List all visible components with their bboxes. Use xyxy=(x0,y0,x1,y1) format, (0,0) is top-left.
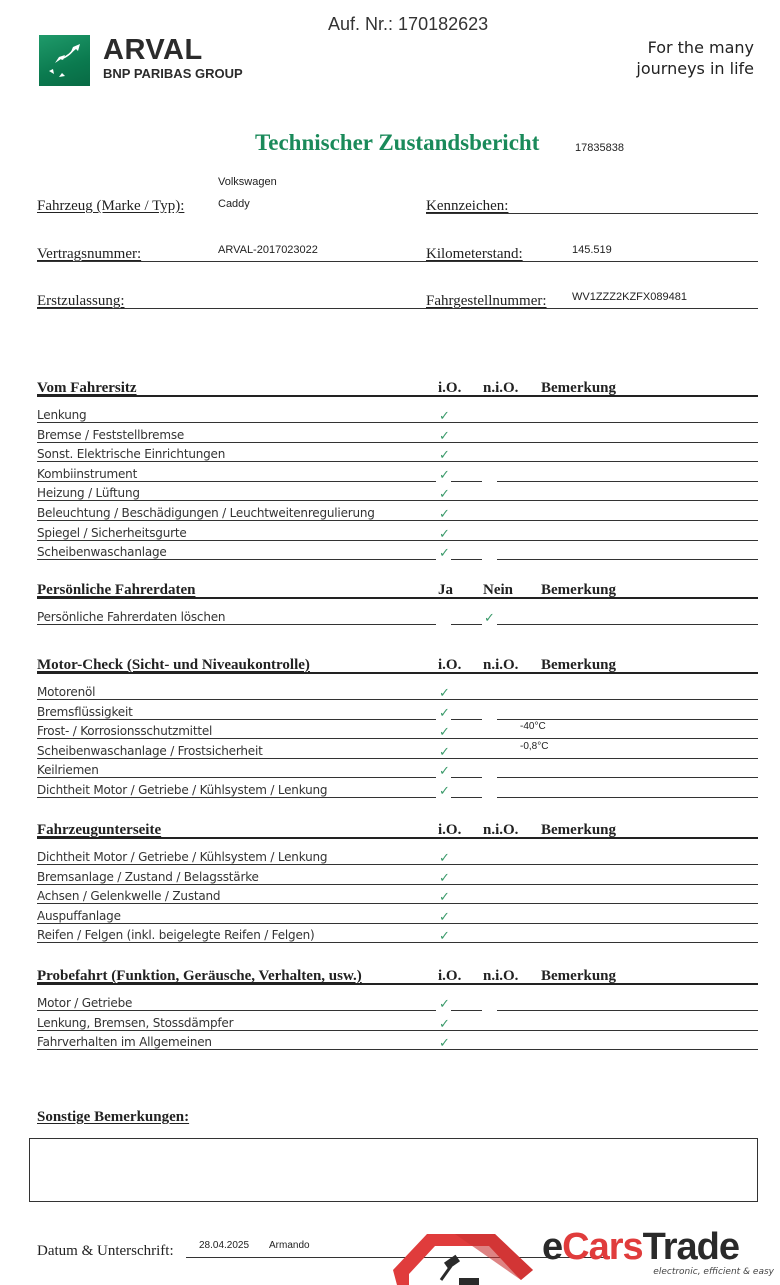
item-rule-remark xyxy=(497,559,758,560)
item-rule xyxy=(37,777,436,778)
checklist-item-label: Auspuffanlage xyxy=(37,910,121,922)
check-icon-first[interactable]: ✓ xyxy=(439,546,450,559)
item-rule-mid xyxy=(451,777,482,778)
item-rule-mid xyxy=(451,481,482,482)
ecarstrade-tagline: electronic, efficient & easy xyxy=(653,1268,774,1277)
mileage-label: Kilometerstand: xyxy=(426,247,523,262)
column-header-remark: Bemerkung xyxy=(541,583,616,598)
item-rule xyxy=(37,864,758,865)
column-header-not-ok: n.i.O. xyxy=(483,658,518,673)
column-header-remark: Bemerkung xyxy=(541,969,616,984)
first-registration-rule xyxy=(37,308,758,309)
brand-name: ARVAL xyxy=(103,36,203,65)
vin-value: WV1ZZZ2KZFX089481 xyxy=(572,292,687,303)
item-rule-remark xyxy=(497,1010,758,1011)
other-remarks-label: Sonstige Bemerkungen: xyxy=(37,1110,189,1125)
checklist-item-label: Motorenöl xyxy=(37,686,95,698)
column-header-remark: Bemerkung xyxy=(541,381,616,396)
order-label: Auf. Nr.: xyxy=(328,14,393,34)
check-icon-first[interactable]: ✓ xyxy=(439,468,450,481)
item-rule xyxy=(37,923,758,924)
column-header-not-ok: Nein xyxy=(483,583,513,598)
contract-value: ARVAL-2017023022 xyxy=(218,245,318,256)
item-rule-mid xyxy=(451,1010,482,1011)
ecarstrade-car-gavel-icon xyxy=(385,1228,540,1285)
check-icon-first[interactable]: ✓ xyxy=(439,487,450,500)
item-rule xyxy=(37,461,758,462)
item-rule-remark xyxy=(497,719,758,720)
checklist-item-label: Beleuchtung / Beschädigungen / Leuchtwei… xyxy=(37,507,375,519)
item-rule xyxy=(37,520,758,521)
arval-logo-icon xyxy=(39,35,90,86)
order-value: 170182623 xyxy=(398,14,488,34)
item-rule xyxy=(37,1049,758,1050)
check-icon-first[interactable]: ✓ xyxy=(439,764,450,777)
item-rule xyxy=(37,422,758,423)
section-title: Vom Fahrersitz xyxy=(37,381,137,396)
section-rule xyxy=(37,983,758,985)
section-title: Fahrzeugunterseite xyxy=(37,823,161,838)
item-rule-remark xyxy=(497,481,758,482)
section-rule xyxy=(37,395,758,397)
item-rule xyxy=(37,559,436,560)
check-icon-first[interactable]: ✓ xyxy=(439,1017,450,1030)
checklist-item-label: Achsen / Gelenkwelle / Zustand xyxy=(37,890,220,902)
check-icon-first[interactable]: ✓ xyxy=(439,929,450,942)
column-header-ok: i.O. xyxy=(438,658,461,673)
other-remarks-box[interactable] xyxy=(29,1138,758,1202)
check-icon-first[interactable]: ✓ xyxy=(439,997,450,1010)
check-icon-first[interactable]: ✓ xyxy=(439,851,450,864)
checklist-item-label: Frost- / Korrosionsschutzmittel xyxy=(37,725,212,737)
item-rule xyxy=(37,903,758,904)
item-rule xyxy=(37,884,758,885)
item-rule-mid xyxy=(451,719,482,720)
item-rule xyxy=(37,500,758,501)
section-title: Persönliche Fahrerdaten xyxy=(37,583,195,598)
column-header-remark: Bemerkung xyxy=(541,823,616,838)
item-rule xyxy=(37,942,758,943)
item-rule xyxy=(37,1030,758,1031)
checklist-item-label: Scheibenwaschanlage / Frostsicherheit xyxy=(37,745,263,757)
plate-label: Kennzeichen: xyxy=(426,199,508,214)
tagline: For the many journeys in life xyxy=(636,37,754,79)
check-icon-first[interactable]: ✓ xyxy=(439,686,450,699)
vehicle-model: Caddy xyxy=(218,199,250,210)
checklist-item-label: Lenkung, Bremsen, Stossdämpfer xyxy=(37,1017,233,1029)
signature-name: Armando xyxy=(269,1241,310,1251)
checklist-item-label: Lenkung xyxy=(37,409,86,421)
ecarstrade-part3: Trade xyxy=(643,1226,739,1268)
checklist-item-label: Spiegel / Sicherheitsgurte xyxy=(37,527,187,539)
section-rule xyxy=(37,672,758,674)
section-title: Probefahrt (Funktion, Geräusche, Verhalt… xyxy=(37,969,362,984)
section-title: Motor-Check (Sicht- und Niveaukontrolle) xyxy=(37,658,310,673)
check-icon-first[interactable]: ✓ xyxy=(439,910,450,923)
checklist-item-label: Kombiinstrument xyxy=(37,468,137,480)
item-rule-mid xyxy=(451,624,482,625)
checklist-item-label: Dichtheit Motor / Getriebe / Kühlsystem … xyxy=(37,784,327,796)
signature-label: Datum & Unterschrift: xyxy=(37,1244,174,1259)
ecarstrade-part1: e xyxy=(542,1226,562,1268)
column-header-not-ok: n.i.O. xyxy=(483,823,518,838)
check-icon-first[interactable]: ✓ xyxy=(439,448,450,461)
vehicle-make: Volkswagen xyxy=(218,177,277,188)
check-icon-first[interactable]: ✓ xyxy=(439,409,450,422)
checklist-item-label: Dichtheit Motor / Getriebe / Kühlsystem … xyxy=(37,851,327,863)
column-header-not-ok: n.i.O. xyxy=(483,969,518,984)
ecarstrade-logo: eCarsTrade xyxy=(542,1228,739,1266)
item-rule xyxy=(37,481,436,482)
column-header-ok: i.O. xyxy=(438,381,461,396)
check-icon-first[interactable]: ✓ xyxy=(439,429,450,442)
column-header-ok: Ja xyxy=(438,583,453,598)
check-icon-first[interactable]: ✓ xyxy=(439,1036,450,1049)
checklist-item-label: Motor / Getriebe xyxy=(37,997,132,1009)
check-icon-first[interactable]: ✓ xyxy=(439,745,450,758)
item-rule xyxy=(37,1010,436,1011)
checklist-item-label: Reifen / Felgen (inkl. beigelegte Reifen… xyxy=(37,929,315,941)
checklist-item-remark: -0,8°C xyxy=(520,742,548,752)
check-icon-second[interactable]: ✓ xyxy=(484,611,495,624)
item-rule xyxy=(37,758,758,759)
section-rule xyxy=(37,597,758,599)
item-rule xyxy=(37,442,758,443)
plate-rule xyxy=(426,213,758,214)
checklist-item-label: Persönliche Fahrerdaten löschen xyxy=(37,611,225,623)
checklist-item-label: Keilriemen xyxy=(37,764,99,776)
checklist-item-label: Scheibenwaschanlage xyxy=(37,546,167,558)
column-header-not-ok: n.i.O. xyxy=(483,381,518,396)
report-number: 17835838 xyxy=(575,142,624,154)
item-rule xyxy=(37,699,758,700)
check-icon-first[interactable]: ✓ xyxy=(439,725,450,738)
contract-label: Vertragsnummer: xyxy=(37,247,141,262)
item-rule-remark xyxy=(497,624,758,625)
check-icon-first[interactable]: ✓ xyxy=(439,890,450,903)
check-icon-first[interactable]: ✓ xyxy=(439,507,450,520)
vin-label: Fahrgestellnummer: xyxy=(426,294,547,309)
item-rule-mid xyxy=(451,559,482,560)
item-rule xyxy=(37,738,758,739)
contract-rule xyxy=(37,261,758,262)
check-icon-first[interactable]: ✓ xyxy=(439,527,450,540)
item-rule-remark xyxy=(497,777,758,778)
check-icon-first[interactable]: ✓ xyxy=(439,784,450,797)
check-icon-first[interactable]: ✓ xyxy=(439,706,450,719)
item-rule xyxy=(37,719,436,720)
checklist-item-remark: -40°C xyxy=(520,722,546,732)
checklist-item-label: Bremsanlage / Zustand / Belagsstärke xyxy=(37,871,259,883)
item-rule xyxy=(37,624,436,625)
item-rule-mid xyxy=(451,797,482,798)
column-header-ok: i.O. xyxy=(438,969,461,984)
tagline-line1: For the many xyxy=(636,37,754,58)
column-header-remark: Bemerkung xyxy=(541,658,616,673)
checklist-item-label: Heizung / Lüftung xyxy=(37,487,140,499)
ecarstrade-part2: Cars xyxy=(562,1226,643,1268)
checklist-item-label: Bremse / Feststellbremse xyxy=(37,429,184,441)
column-header-ok: i.O. xyxy=(438,823,461,838)
section-rule xyxy=(37,837,758,839)
item-rule-remark xyxy=(497,797,758,798)
checklist-item-label: Fahrverhalten im Allgemeinen xyxy=(37,1036,212,1048)
tagline-line2: journeys in life xyxy=(636,58,754,79)
order-number: Auf. Nr.: 170182623 xyxy=(328,15,488,33)
checklist-item-label: Bremsflüssigkeit xyxy=(37,706,133,718)
vehicle-make-label: Fahrzeug (Marke / Typ): xyxy=(37,199,184,214)
mileage-value: 145.519 xyxy=(572,245,612,256)
checklist-item-label: Sonst. Elektrische Einrichtungen xyxy=(37,448,225,460)
page-title: Technischer Zustandsbericht xyxy=(255,131,539,154)
item-rule xyxy=(37,797,436,798)
brand-group: BNP PARIBAS GROUP xyxy=(103,67,243,80)
check-icon-first[interactable]: ✓ xyxy=(439,871,450,884)
item-rule xyxy=(37,540,758,541)
signature-date: 28.04.2025 xyxy=(199,1241,249,1251)
first-registration-label: Erstzulassung: xyxy=(37,294,125,309)
